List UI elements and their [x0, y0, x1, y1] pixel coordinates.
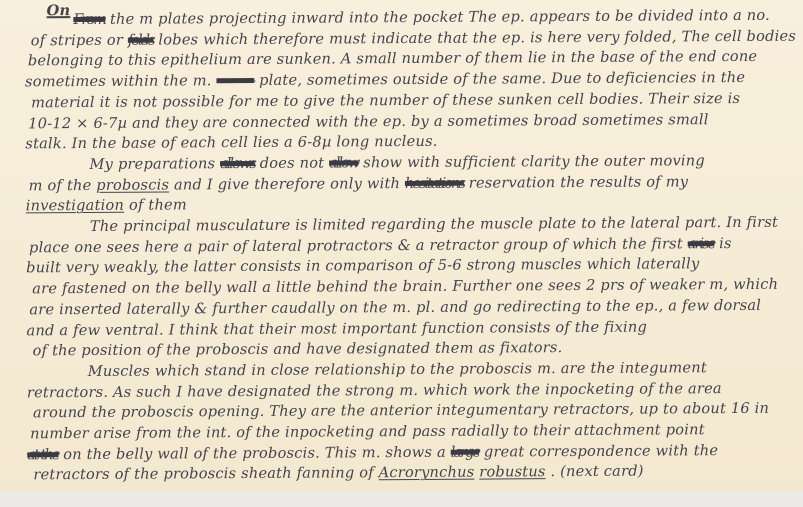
handwritten-segment-u: investigation	[26, 197, 124, 215]
card-text: OnFrom the m plates projecting inward in…	[25, 6, 799, 487]
handwritten-segment-scribble: hesitations	[405, 174, 464, 191]
handwritten-segment-scribble: arise	[688, 235, 715, 252]
handwritten-segment: retractors. As such I have designated th…	[27, 380, 722, 401]
handwritten-segment: My preparations	[89, 155, 220, 173]
handwritten-segment: great correspondence with the	[479, 442, 718, 460]
handwritten-segment-scribble: allow	[329, 154, 358, 171]
handwritten-segment-u: robustus	[479, 464, 545, 481]
handwritten-segment: on the belly wall of the proboscis. This…	[58, 444, 450, 463]
handwritten-segment-scribble: ———	[216, 72, 254, 89]
handwritten-segment-scribble: at the	[27, 446, 58, 463]
handwritten-segment-u: proboscis	[96, 176, 169, 193]
handwritten-segment: number arise from the int. of the inpock…	[30, 421, 705, 442]
handwritten-segment: of the position of the proboscis and hav…	[33, 339, 563, 359]
handwritten-segment: and a few ventral. I think that their mo…	[26, 318, 647, 339]
handwritten-segment: are inserted laterally & further caudall…	[29, 297, 761, 318]
handwritten-segment: retractors of the proboscis sheath fanni…	[33, 465, 378, 484]
handwritten-segment: . (next card)	[546, 463, 644, 481]
handwritten-segment: 10-12 × 6-7µ and they are connected with…	[28, 111, 709, 132]
handwritten-segment: are fastened on the belly wall a little …	[32, 276, 778, 298]
handwritten-segment: material it is not possible for me to gi…	[31, 90, 740, 111]
handwritten-segment: of them	[124, 197, 187, 214]
handwritten-segment: does not	[255, 154, 329, 171]
handwritten-segment: is	[714, 235, 732, 252]
handwritten-segment: and I give therefore only with	[169, 175, 405, 193]
handwritten-segment: show with sufficient clarity the outer m…	[358, 152, 705, 171]
handwritten-segment-scribble: folds	[128, 31, 154, 48]
handwritten-segment-scribble: large	[451, 443, 479, 460]
handwritten-segment: place one sees here a pair of lateral pr…	[29, 235, 688, 256]
scan-background-strip	[0, 491, 803, 507]
handwritten-segment: The principal musculature is limited reg…	[90, 214, 778, 235]
handwritten-segment-scribble: From	[73, 11, 105, 28]
handwritten-segment: plate, sometimes outside of the same. Du…	[254, 69, 745, 89]
handwritten-segment: reservation the results of my	[464, 173, 688, 191]
handwritten-line: retractors of the proboscis sheath fanni…	[33, 461, 798, 486]
handwritten-segment: sometimes within the m.	[25, 72, 217, 90]
handwritten-segment: built very weakly, the latter consists i…	[26, 256, 699, 277]
handwritten-segment: around the proboscis opening. They are t…	[33, 400, 769, 421]
handwritten-segment: belonging to this epithelium are sunken.…	[28, 48, 757, 69]
handwritten-segment: Muscles which stand in close relationshi…	[88, 359, 707, 380]
handwritten-segment: of stripes or	[31, 31, 128, 49]
handwritten-segment-u: Acrorynchus	[379, 464, 475, 482]
index-card: OnFrom the m plates projecting inward in…	[0, 0, 803, 491]
handwritten-segment-ins: On	[46, 1, 70, 22]
handwritten-segment: the m plates projecting inward into the …	[105, 7, 770, 28]
handwritten-segment: lobes which therefore must indicate that…	[154, 27, 797, 48]
handwritten-segment: stalk. In the base of each cell lies a 6…	[25, 133, 437, 153]
handwritten-segment-scribble: allows	[220, 155, 255, 172]
handwritten-segment: m of the	[29, 177, 97, 194]
